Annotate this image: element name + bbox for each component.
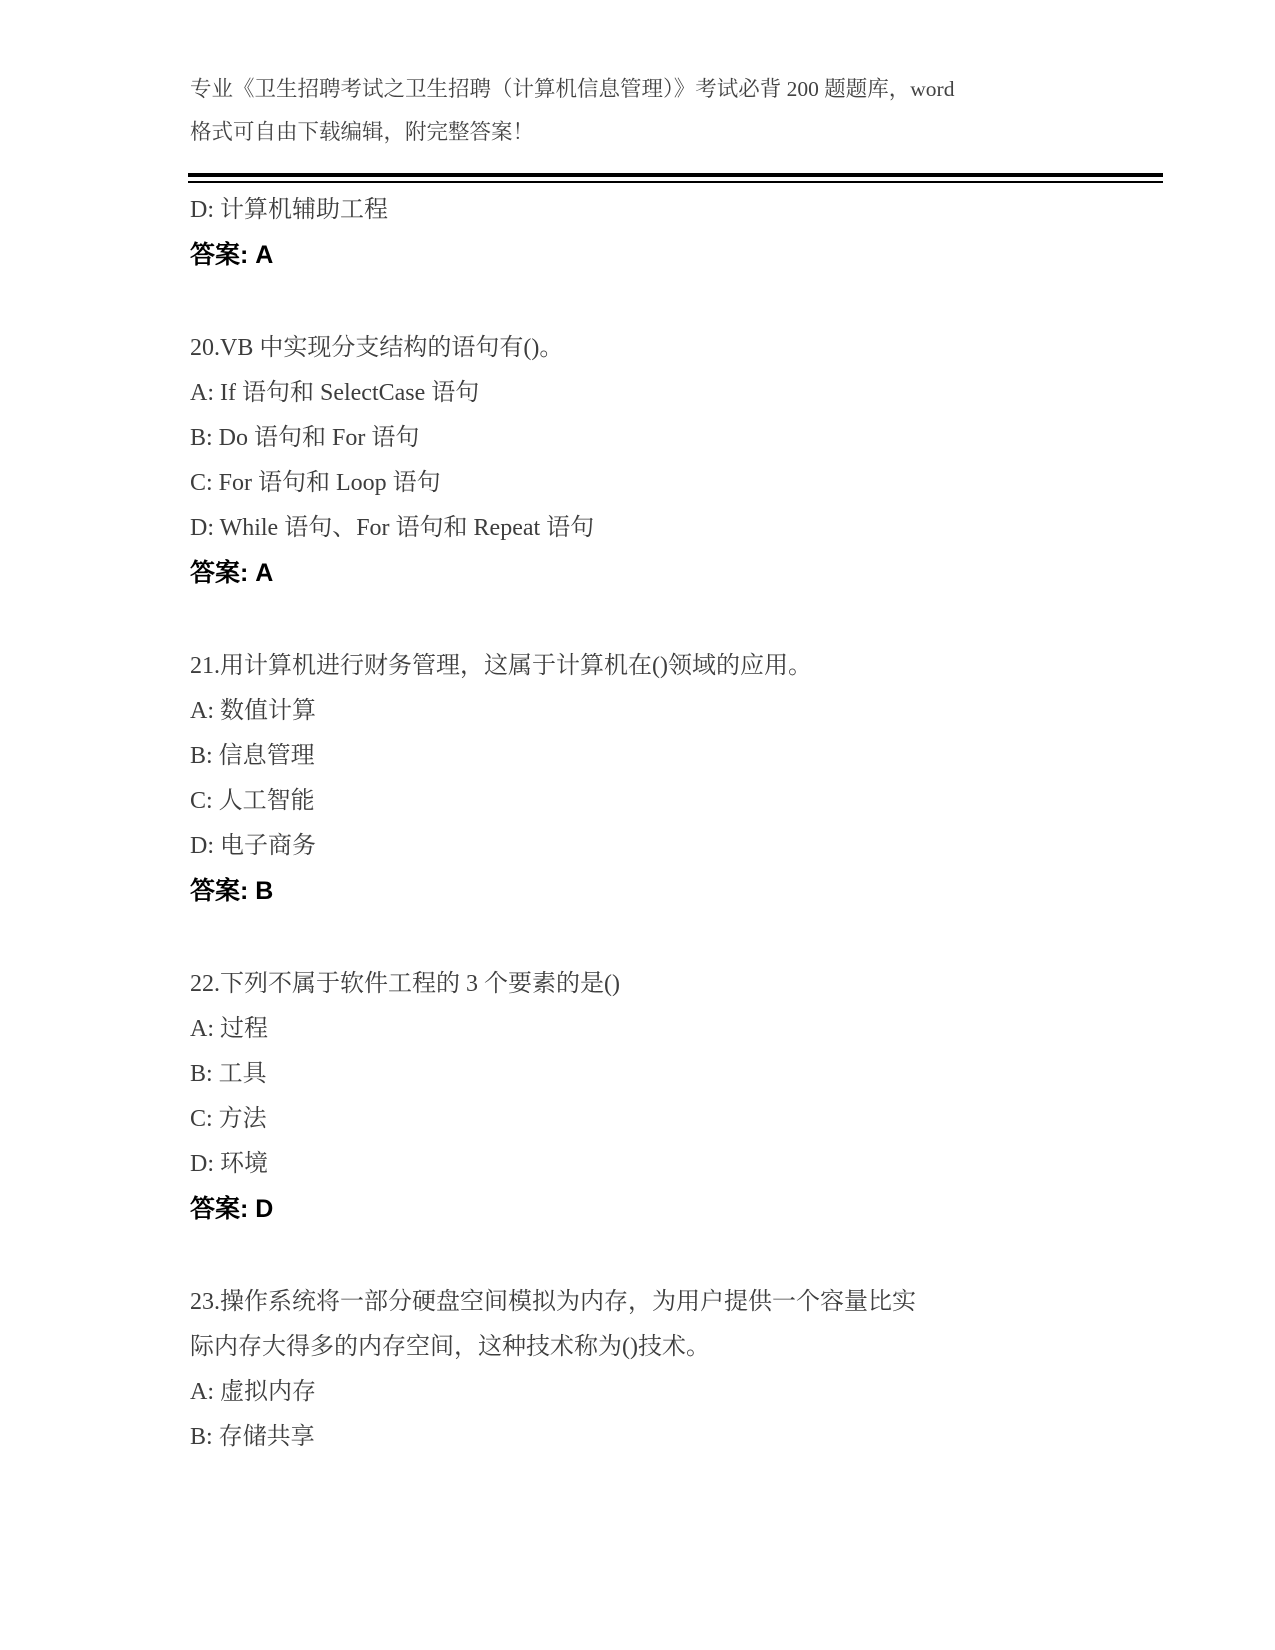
header-line-1: 专业《卫生招聘考试之卫生招聘（计算机信息管理）》考试必背 200 题题库，wor… xyxy=(190,68,1200,111)
question-22-option-c: C: 方法 xyxy=(190,1097,1200,1142)
header-line-2: 格式可自由下载编辑，附完整答案！ xyxy=(190,111,1200,154)
question-20: 20.VB 中实现分支结构的语句有()。 A: If 语句和 SelectCas… xyxy=(190,326,1200,596)
question-20-answer: 答案: A xyxy=(190,551,1200,596)
question-23-option-b: B: 存储共享 xyxy=(190,1415,1200,1460)
question-22: 22.下列不属于软件工程的 3 个要素的是() A: 过程 B: 工具 C: 方… xyxy=(190,962,1200,1232)
question-22-option-b: B: 工具 xyxy=(190,1052,1200,1097)
question-20-option-b: B: Do 语句和 For 语句 xyxy=(190,416,1200,461)
question-21-answer: 答案: B xyxy=(190,869,1200,914)
question-23-text-line-1: 23.操作系统将一部分硬盘空间模拟为内存，为用户提供一个容量比实 xyxy=(190,1280,1200,1325)
question-20-option-c: C: For 语句和 Loop 语句 xyxy=(190,461,1200,506)
question-20-text: 20.VB 中实现分支结构的语句有()。 xyxy=(190,326,1200,371)
question-22-text: 22.下列不属于软件工程的 3 个要素的是() xyxy=(190,962,1200,1007)
question-22-answer: 答案: D xyxy=(190,1187,1200,1232)
question-22-option-d: D: 环境 xyxy=(190,1142,1200,1187)
document-page: 专业《卫生招聘考试之卫生招聘（计算机信息管理）》考试必背 200 题题库，wor… xyxy=(0,0,1275,1650)
carryover-option-d: D: 计算机辅助工程 xyxy=(190,188,1200,233)
question-20-option-d: D: While 语句、For 语句和 Repeat 语句 xyxy=(190,506,1200,551)
question-23-option-a: A: 虚拟内存 xyxy=(190,1370,1200,1415)
question-21-text: 21.用计算机进行财务管理，这属于计算机在()领域的应用。 xyxy=(190,644,1200,689)
carryover-answer: 答案: A xyxy=(190,233,1200,278)
header-rule xyxy=(188,173,1163,183)
document-body: D: 计算机辅助工程 答案: A 20.VB 中实现分支结构的语句有()。 A:… xyxy=(190,188,1200,1460)
question-22-option-a: A: 过程 xyxy=(190,1007,1200,1052)
question-21-option-d: D: 电子商务 xyxy=(190,824,1200,869)
question-21: 21.用计算机进行财务管理，这属于计算机在()领域的应用。 A: 数值计算 B:… xyxy=(190,644,1200,914)
question-21-option-c: C: 人工智能 xyxy=(190,779,1200,824)
question-21-option-b: B: 信息管理 xyxy=(190,734,1200,779)
document-header: 专业《卫生招聘考试之卫生招聘（计算机信息管理）》考试必背 200 题题库，wor… xyxy=(190,68,1200,154)
question-23-text-line-2: 际内存大得多的内存空间，这种技术称为()技术。 xyxy=(190,1325,1200,1370)
question-20-option-a: A: If 语句和 SelectCase 语句 xyxy=(190,371,1200,416)
question-23: 23.操作系统将一部分硬盘空间模拟为内存，为用户提供一个容量比实 际内存大得多的… xyxy=(190,1280,1200,1460)
question-21-option-a: A: 数值计算 xyxy=(190,689,1200,734)
